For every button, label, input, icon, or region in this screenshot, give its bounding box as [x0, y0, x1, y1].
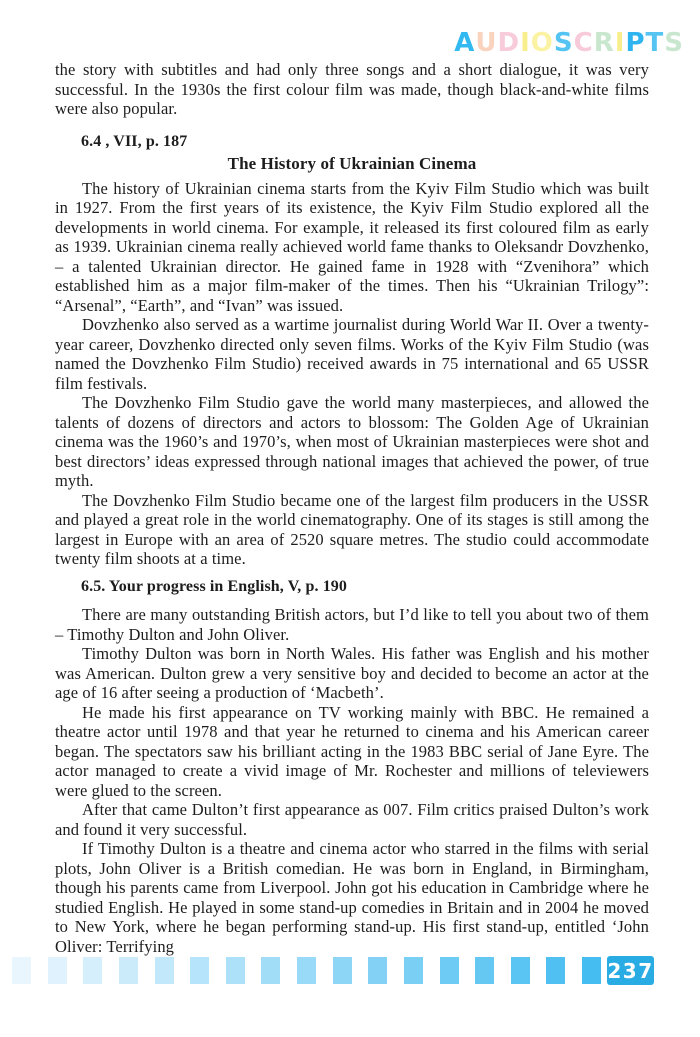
footer-square [368, 957, 387, 984]
footer-square [226, 957, 245, 984]
logo-letter: S [664, 28, 684, 58]
page-number: 237 [607, 959, 653, 983]
logo-letter: I [615, 28, 626, 58]
footer-square [582, 957, 601, 984]
paragraph: The history of Ukrainian cinema starts f… [55, 179, 649, 316]
intro-paragraph: the story with subtitles and had only th… [55, 60, 649, 119]
footer-square [12, 957, 31, 984]
logo-letter: A [454, 28, 475, 58]
paragraph: He made his first appearance on TV worki… [55, 703, 649, 801]
footer-square [440, 957, 459, 984]
paragraph: The Dovzhenko Film Studio became one of … [55, 491, 649, 569]
paragraph: If Timothy Dulton is a theatre and cinem… [55, 839, 649, 956]
paragraph: The Dovzhenko Film Studio gave the world… [55, 393, 649, 491]
logo-letter: P [625, 28, 645, 58]
footer-square [511, 957, 530, 984]
book-page: AUDIOSCRIPTS the story with subtitles an… [0, 0, 700, 1037]
footer-square [155, 957, 174, 984]
footer-square [297, 957, 316, 984]
audioscript-text-column: the story with subtitles and had only th… [55, 60, 649, 956]
footer-square [190, 957, 209, 984]
footer-square [261, 957, 280, 984]
footer-square [119, 957, 138, 984]
logo-letter: S [554, 28, 574, 58]
logo-letter: T [646, 28, 665, 58]
footer-square [333, 957, 352, 984]
paragraph: After that came Dulton’t first appearanc… [55, 800, 649, 839]
footer-square [475, 957, 494, 984]
section-64-heading: 6.4 , VII, p. 187 [81, 132, 649, 152]
paragraph: Dovzhenko also served as a wartime journ… [55, 315, 649, 393]
logo-letter: C [574, 28, 594, 58]
footer-squares [12, 957, 601, 984]
logo-letter: D [498, 28, 521, 58]
footer-square [546, 957, 565, 984]
section-65-heading: 6.5. Your progress in English, V, p. 190 [81, 577, 649, 597]
paragraph: There are many outstanding British actor… [55, 605, 649, 644]
page-number-badge: 237 [607, 956, 654, 985]
footer-square [83, 957, 102, 984]
logo-letter: U [475, 28, 497, 58]
paragraph: Timothy Dulton was born in North Wales. … [55, 644, 649, 703]
logo-letter: R [594, 28, 615, 58]
logo-letter: I [520, 28, 531, 58]
section-64-title: The History of Ukrainian Cinema [55, 154, 649, 174]
audioscripts-logo: AUDIOSCRIPTS [454, 28, 684, 58]
footer-square [48, 957, 67, 984]
logo-letter: O [531, 28, 554, 58]
footer-square [404, 957, 423, 984]
